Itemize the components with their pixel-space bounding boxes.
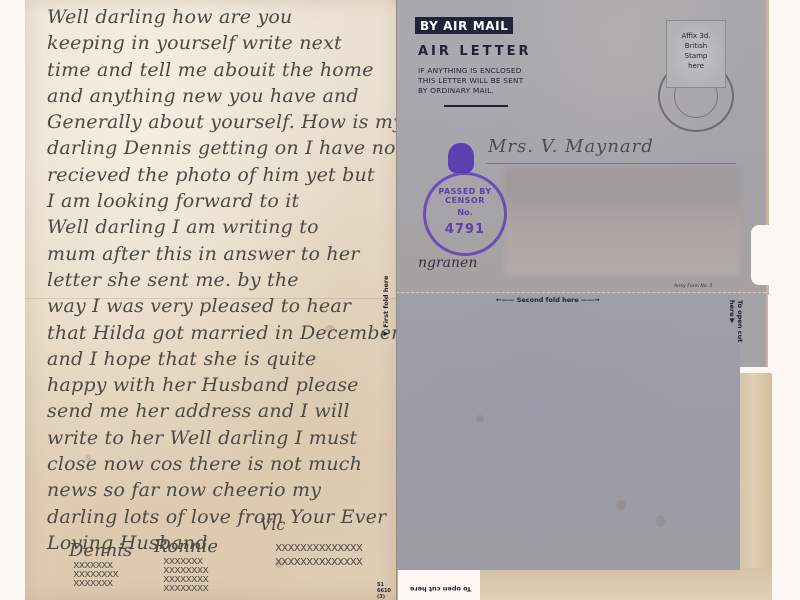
torn-edge — [751, 225, 781, 285]
kisses-row-1: xxxxxxxxxxxxxx — [275, 540, 362, 554]
stamp-line: Affix 3d. — [667, 31, 725, 41]
air-letter-title: AIR LETTER — [418, 44, 532, 59]
address-line — [486, 163, 736, 164]
scanned-letter: Well darling how are you keeping in your… — [0, 0, 800, 600]
second-fold-label: Second fold here — [517, 296, 579, 304]
arrow-right-icon: ——→ — [581, 296, 599, 304]
letter-line: time and tell me abouit the home — [47, 57, 399, 83]
form-code: 51 6610 (3) — [377, 582, 397, 600]
arrow-down-icon: ▼ — [728, 317, 736, 325]
letter-line: I am looking forward to it — [47, 188, 399, 214]
first-fold-label: First fold here — [382, 276, 390, 328]
letter-line: and I hope that she is quite — [47, 346, 399, 372]
stamp-line: British — [667, 41, 725, 51]
enclosure-notice: IF ANYTHING IS ENCLOSED THIS LETTER WILL… — [418, 66, 524, 95]
censor-text: PASSED BY CENSOR — [434, 187, 496, 205]
kisses-block-dennis: xxxxxxx xxxxxxxx xxxxxxx — [73, 560, 118, 587]
letter-line: Well darling I am writing to — [47, 214, 399, 240]
kisses-row: xxxxxxxxxxxxxx xxxxxxxxxxxxxx — [275, 540, 362, 568]
stain — [656, 515, 665, 527]
censor-number: 4791 — [426, 222, 504, 237]
kisses-row-2: xxxxxxxxxxxxxx — [275, 554, 362, 568]
recipient-address-redacted — [504, 167, 740, 275]
letter-line: Generally about yourself. How is my — [47, 109, 399, 135]
letter-line: news so far now cheerio my — [47, 477, 399, 503]
stamp-line: here — [667, 61, 725, 71]
crown-icon — [448, 143, 474, 173]
signature: Vic — [260, 515, 285, 534]
by-air-mail-banner: BY AIR MAIL — [415, 17, 513, 34]
gum-flap-bottom — [480, 568, 772, 600]
handwritten-page: Well darling how are you keeping in your… — [25, 0, 398, 600]
letter-line: mum after this in answer to her — [47, 241, 399, 267]
stain — [476, 415, 484, 423]
open-cut-bottom-label: To open cut here — [410, 585, 471, 593]
address-panel: BY AIR MAIL AIR LETTER IF ANYTHING IS EN… — [396, 0, 769, 295]
letter-line: happy with her Husband please — [47, 372, 399, 398]
center-fold — [396, 0, 397, 600]
fold-line — [396, 292, 766, 293]
letter-body: Well darling how are you keeping in your… — [47, 4, 399, 556]
letter-line: letter she sent me. by the — [47, 267, 399, 293]
letter-line: that Hilda got married in December — [47, 320, 399, 346]
notice-line: IF ANYTHING IS ENCLOSED — [418, 66, 524, 76]
letter-line: Well darling how are you — [47, 4, 399, 30]
recipient-name: Mrs. V. Maynard — [488, 136, 654, 157]
arrow-icon: ◀ — [382, 330, 390, 338]
open-cut-instruction-bottom: To open cut here — [410, 585, 471, 593]
letter-line: recieved the photo of him yet but — [47, 162, 399, 188]
censor-no-label: No. — [450, 208, 480, 217]
letter-line: and anything new you have and — [47, 83, 399, 109]
back-panel — [396, 295, 740, 570]
arrow-left-icon: ←—— — [496, 296, 514, 304]
notice-line: BY ORDINARY MAIL. — [418, 86, 524, 96]
censor-signature: ngranen — [418, 255, 477, 271]
letter-line: keeping in yourself write next — [47, 30, 399, 56]
letter-line: write to her Well darling I must — [47, 425, 399, 451]
censor-stamp: PASSED BY CENSOR No. 4791 — [423, 172, 507, 256]
letter-line: way I was very pleased to hear — [47, 293, 399, 319]
form-reference: Army Form No. 3 — [674, 284, 712, 289]
letter-line: close now cos there is not much — [47, 451, 399, 477]
stamp-line: Stamp — [667, 51, 725, 61]
cut-tab — [740, 295, 768, 367]
stamp-box-text: Affix 3d. British Stamp here — [667, 31, 725, 71]
stain — [616, 500, 626, 510]
letter-line: darling lots of love from Your Ever — [47, 504, 399, 530]
stamp-box: Affix 3d. British Stamp here — [666, 20, 726, 88]
letter-line: darling Dennis getting on I have not — [47, 135, 399, 161]
air-letter-form: BY AIR MAIL AIR LETTER IF ANYTHING IS EN… — [396, 0, 770, 600]
kisses-block-ronnie: xxxxxxx xxxxxxxx xxxxxxxx xxxxxxxx — [163, 556, 208, 592]
letter-line: send me her address and I will — [47, 398, 399, 424]
open-cut-instruction-right: To open cut here▼ — [732, 300, 744, 364]
first-fold-instruction: ◀ First fold here — [382, 248, 394, 338]
gum-flap-right — [736, 373, 772, 595]
second-fold-instruction: ←—— Second fold here ——→ — [496, 296, 599, 304]
notice-line: THIS LETTER WILL BE SENT — [418, 76, 524, 86]
divider — [444, 105, 508, 107]
